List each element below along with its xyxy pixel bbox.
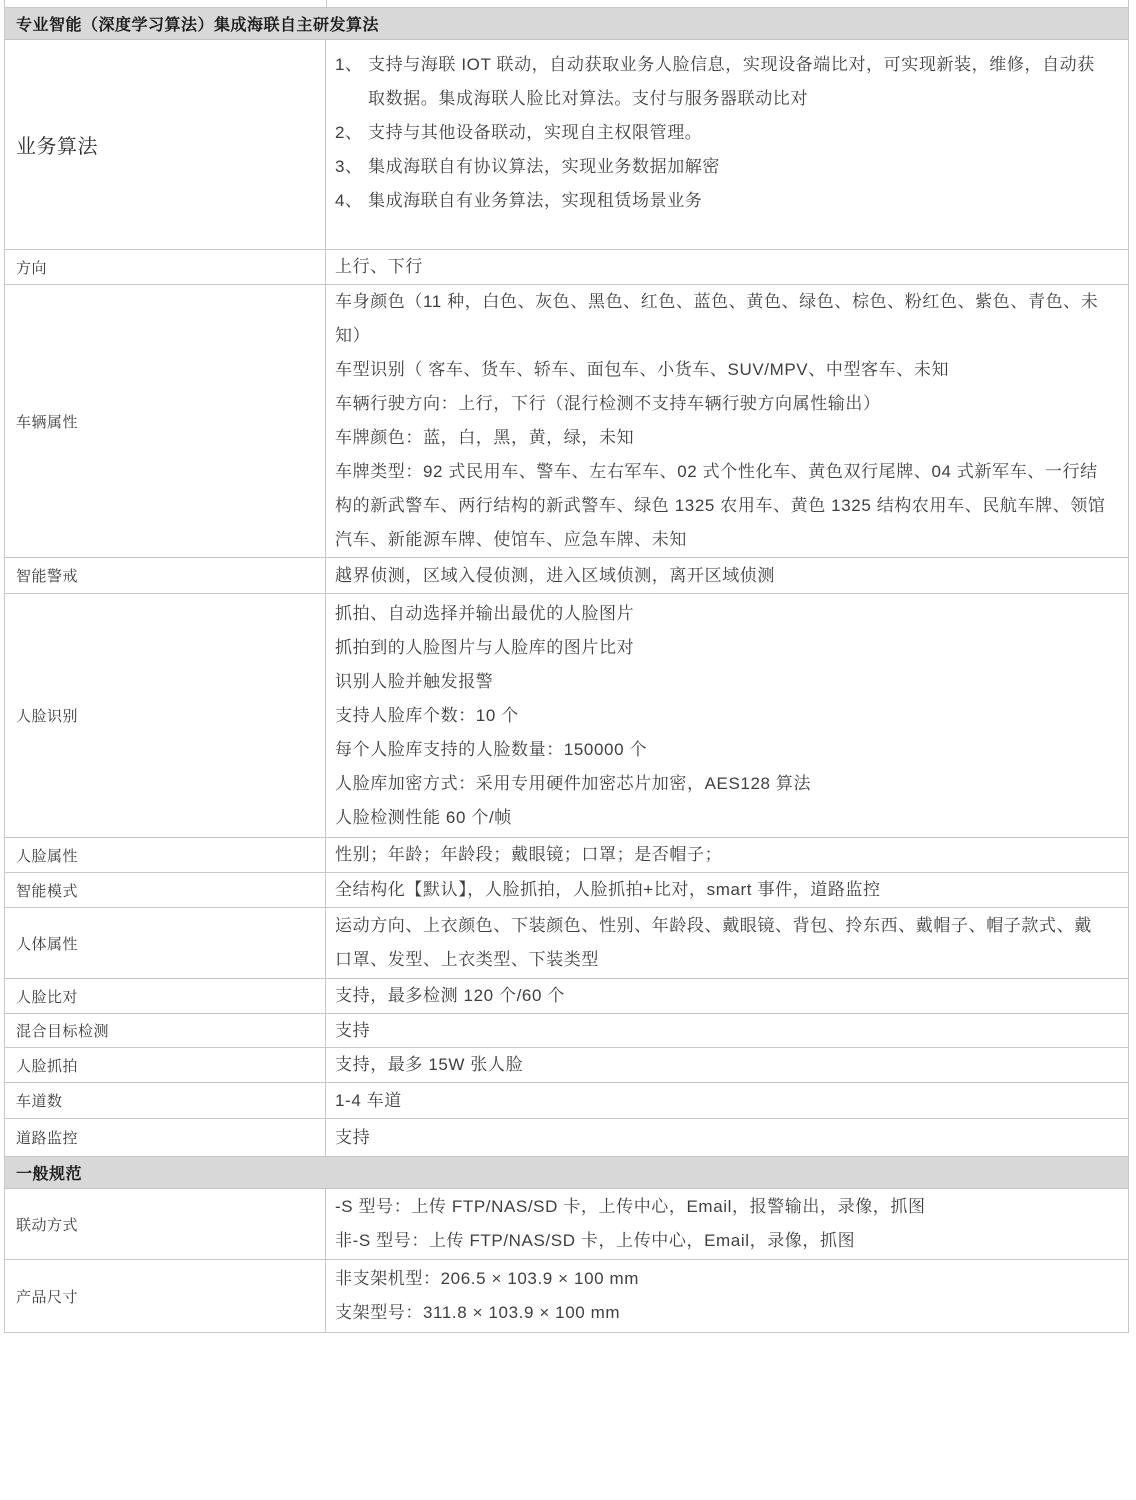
value-line: 人脸检测性能 60 个/帧 [335, 801, 1106, 835]
row-mixed-target-detection: 混合目标检测 支持 [5, 1014, 1128, 1048]
value-line: 支持人脸库个数：10 个 [335, 699, 1106, 733]
value-line: 非支架机型：206.5 × 103.9 × 100 mm [335, 1262, 1106, 1296]
row-smart-alert: 智能警戒 越界侦测，区域入侵侦测，进入区域侦测，离开区域侦测 [5, 558, 1128, 594]
previous-row-fragment [5, 0, 1128, 8]
value-line: 支持，最多检测 120 个/60 个 [335, 979, 1106, 1013]
row-human-attributes: 人体属性 运动方向、上衣颜色、下装颜色、性别、年龄段、戴眼镜、背包、拎东西、戴帽… [5, 908, 1128, 979]
row-value: 性别；年龄；年龄段；戴眼镜；口罩；是否帽子； [326, 838, 1128, 872]
row-face-capture: 人脸抓拍 支持，最多 15W 张人脸 [5, 1048, 1128, 1083]
value-line: 支架型号：311.8 × 103.9 × 100 mm [335, 1296, 1106, 1330]
section-header-general-spec: 一般规范 [5, 1157, 1128, 1189]
row-value: 支持，最多检测 120 个/60 个 [326, 979, 1128, 1013]
value-line: 车型识别（ 客车、货车、轿车、面包车、小货车、SUV/MPV、中型客车、未知 [335, 353, 1106, 387]
row-label: 混合目标检测 [5, 1014, 326, 1047]
section-header-deep-learning: 专业智能（深度学习算法）集成海联自主研发算法 [5, 8, 1128, 40]
row-label: 道路监控 [5, 1119, 326, 1156]
row-smart-mode: 智能模式 全结构化【默认】，人脸抓拍，人脸抓拍+比对，smart 事件，道路监控 [5, 873, 1128, 908]
row-label: 业务算法 [5, 40, 326, 249]
value-line: 运动方向、上衣颜色、下装颜色、性别、年龄段、戴眼镜、背包、拎东西、戴帽子、帽子款… [335, 909, 1106, 977]
row-value: 全结构化【默认】，人脸抓拍，人脸抓拍+比对，smart 事件，道路监控 [326, 873, 1128, 907]
previous-row-label-cell [5, 0, 327, 7]
row-face-attributes: 人脸属性 性别；年龄；年龄段；戴眼镜；口罩；是否帽子； [5, 838, 1128, 873]
value-line: 非-S 型号：上传 FTP/NAS/SD 卡，上传中心，Email，录像，抓图 [335, 1224, 1106, 1258]
value-line: 人脸库加密方式：采用专用硬件加密芯片加密，AES128 算法 [335, 767, 1106, 801]
value-line: 上行、下行 [335, 250, 1106, 284]
row-label: 车辆属性 [5, 285, 326, 557]
row-value: 越界侦测，区域入侵侦测，进入区域侦测，离开区域侦测 [326, 558, 1128, 593]
row-value: 支持 [326, 1014, 1128, 1047]
row-label: 产品尺寸 [5, 1260, 326, 1332]
value-line: 支持 [335, 1121, 1106, 1155]
row-label: 车道数 [5, 1083, 326, 1118]
row-value: 非支架机型：206.5 × 103.9 × 100 mm 支架型号：311.8 … [326, 1260, 1128, 1332]
row-business-algorithm: 业务算法 1、支持与海联 IOT 联动，自动获取业务人脸信息，实现设备端比对，可… [5, 40, 1128, 250]
value-line: 识别人脸并触发报警 [335, 665, 1106, 699]
row-value: 抓拍、自动选择并输出最优的人脸图片 抓拍到的人脸图片与人脸库的图片比对 识别人脸… [326, 594, 1128, 837]
value-line: -S 型号：上传 FTP/NAS/SD 卡，上传中心，Email，报警输出，录像… [335, 1190, 1106, 1224]
row-product-dimensions: 产品尺寸 非支架机型：206.5 × 103.9 × 100 mm 支架型号：3… [5, 1260, 1128, 1333]
row-value: 支持，最多 15W 张人脸 [326, 1048, 1128, 1082]
row-label: 智能模式 [5, 873, 326, 907]
value-line: 1-4 车道 [335, 1084, 1106, 1118]
row-value: -S 型号：上传 FTP/NAS/SD 卡，上传中心，Email，报警输出，录像… [326, 1189, 1128, 1259]
row-label: 人体属性 [5, 908, 326, 978]
row-label: 人脸属性 [5, 838, 326, 872]
row-value: 上行、下行 [326, 250, 1128, 284]
row-lane-count: 车道数 1-4 车道 [5, 1083, 1128, 1119]
list-item: 4、集成海联自有业务算法，实现租赁场景业务 [335, 184, 1106, 218]
value-line: 性别；年龄；年龄段；戴眼镜；口罩；是否帽子； [335, 838, 1106, 872]
row-label: 人脸抓拍 [5, 1048, 326, 1082]
value-line: 车牌类型：92 式民用车、警车、左右军车、02 式个性化车、黄色双行尾牌、04 … [335, 455, 1106, 557]
value-line: 每个人脸库支持的人脸数量：150000 个 [335, 733, 1106, 767]
spec-table: 专业智能（深度学习算法）集成海联自主研发算法 业务算法 1、支持与海联 IOT … [4, 0, 1129, 1333]
section-title: 专业智能（深度学习算法）集成海联自主研发算法 [16, 12, 379, 35]
row-label: 智能警戒 [5, 558, 326, 593]
value-line: 抓拍到的人脸图片与人脸库的图片比对 [335, 631, 1106, 665]
section-title: 一般规范 [16, 1161, 82, 1184]
value-line: 车牌颜色：蓝，白，黑，黄，绿，未知 [335, 421, 1106, 455]
row-value: 运动方向、上衣颜色、下装颜色、性别、年龄段、戴眼镜、背包、拎东西、戴帽子、帽子款… [326, 908, 1128, 978]
value-line: 车辆行驶方向：上行，下行（混行检测不支持车辆行驶方向属性输出） [335, 387, 1106, 421]
value-line: 支持，最多 15W 张人脸 [335, 1048, 1106, 1082]
value-line: 支持 [335, 1014, 1106, 1048]
row-value: 1、支持与海联 IOT 联动，自动获取业务人脸信息，实现设备端比对，可实现新装，… [326, 40, 1128, 249]
row-label: 人脸识别 [5, 594, 326, 837]
row-face-comparison: 人脸比对 支持，最多检测 120 个/60 个 [5, 979, 1128, 1014]
row-label: 人脸比对 [5, 979, 326, 1013]
list-item: 3、集成海联自有协议算法，实现业务数据加解密 [335, 150, 1106, 184]
list-item: 2、支持与其他设备联动，实现自主权限管理。 [335, 116, 1106, 150]
row-value: 1-4 车道 [326, 1083, 1128, 1118]
list-item: 1、支持与海联 IOT 联动，自动获取业务人脸信息，实现设备端比对，可实现新装，… [335, 48, 1106, 116]
row-label: 联动方式 [5, 1189, 326, 1259]
row-linkage-method: 联动方式 -S 型号：上传 FTP/NAS/SD 卡，上传中心，Email，报警… [5, 1189, 1128, 1260]
row-vehicle-attributes: 车辆属性 车身颜色（11 种，白色、灰色、黑色、红色、蓝色、黄色、绿色、棕色、粉… [5, 285, 1128, 558]
row-direction: 方向 上行、下行 [5, 250, 1128, 285]
value-line: 全结构化【默认】，人脸抓拍，人脸抓拍+比对，smart 事件，道路监控 [335, 873, 1106, 907]
value-line: 车身颜色（11 种，白色、灰色、黑色、红色、蓝色、黄色、绿色、棕色、粉红色、紫色… [335, 285, 1106, 353]
value-line: 越界侦测，区域入侵侦测，进入区域侦测，离开区域侦测 [335, 559, 1106, 593]
row-face-recognition: 人脸识别 抓拍、自动选择并输出最优的人脸图片 抓拍到的人脸图片与人脸库的图片比对… [5, 594, 1128, 838]
value-line: 抓拍、自动选择并输出最优的人脸图片 [335, 597, 1106, 631]
row-road-monitoring: 道路监控 支持 [5, 1119, 1128, 1157]
row-value: 支持 [326, 1119, 1128, 1156]
row-label: 方向 [5, 250, 326, 284]
row-value: 车身颜色（11 种，白色、灰色、黑色、红色、蓝色、黄色、绿色、棕色、粉红色、紫色… [326, 285, 1128, 557]
